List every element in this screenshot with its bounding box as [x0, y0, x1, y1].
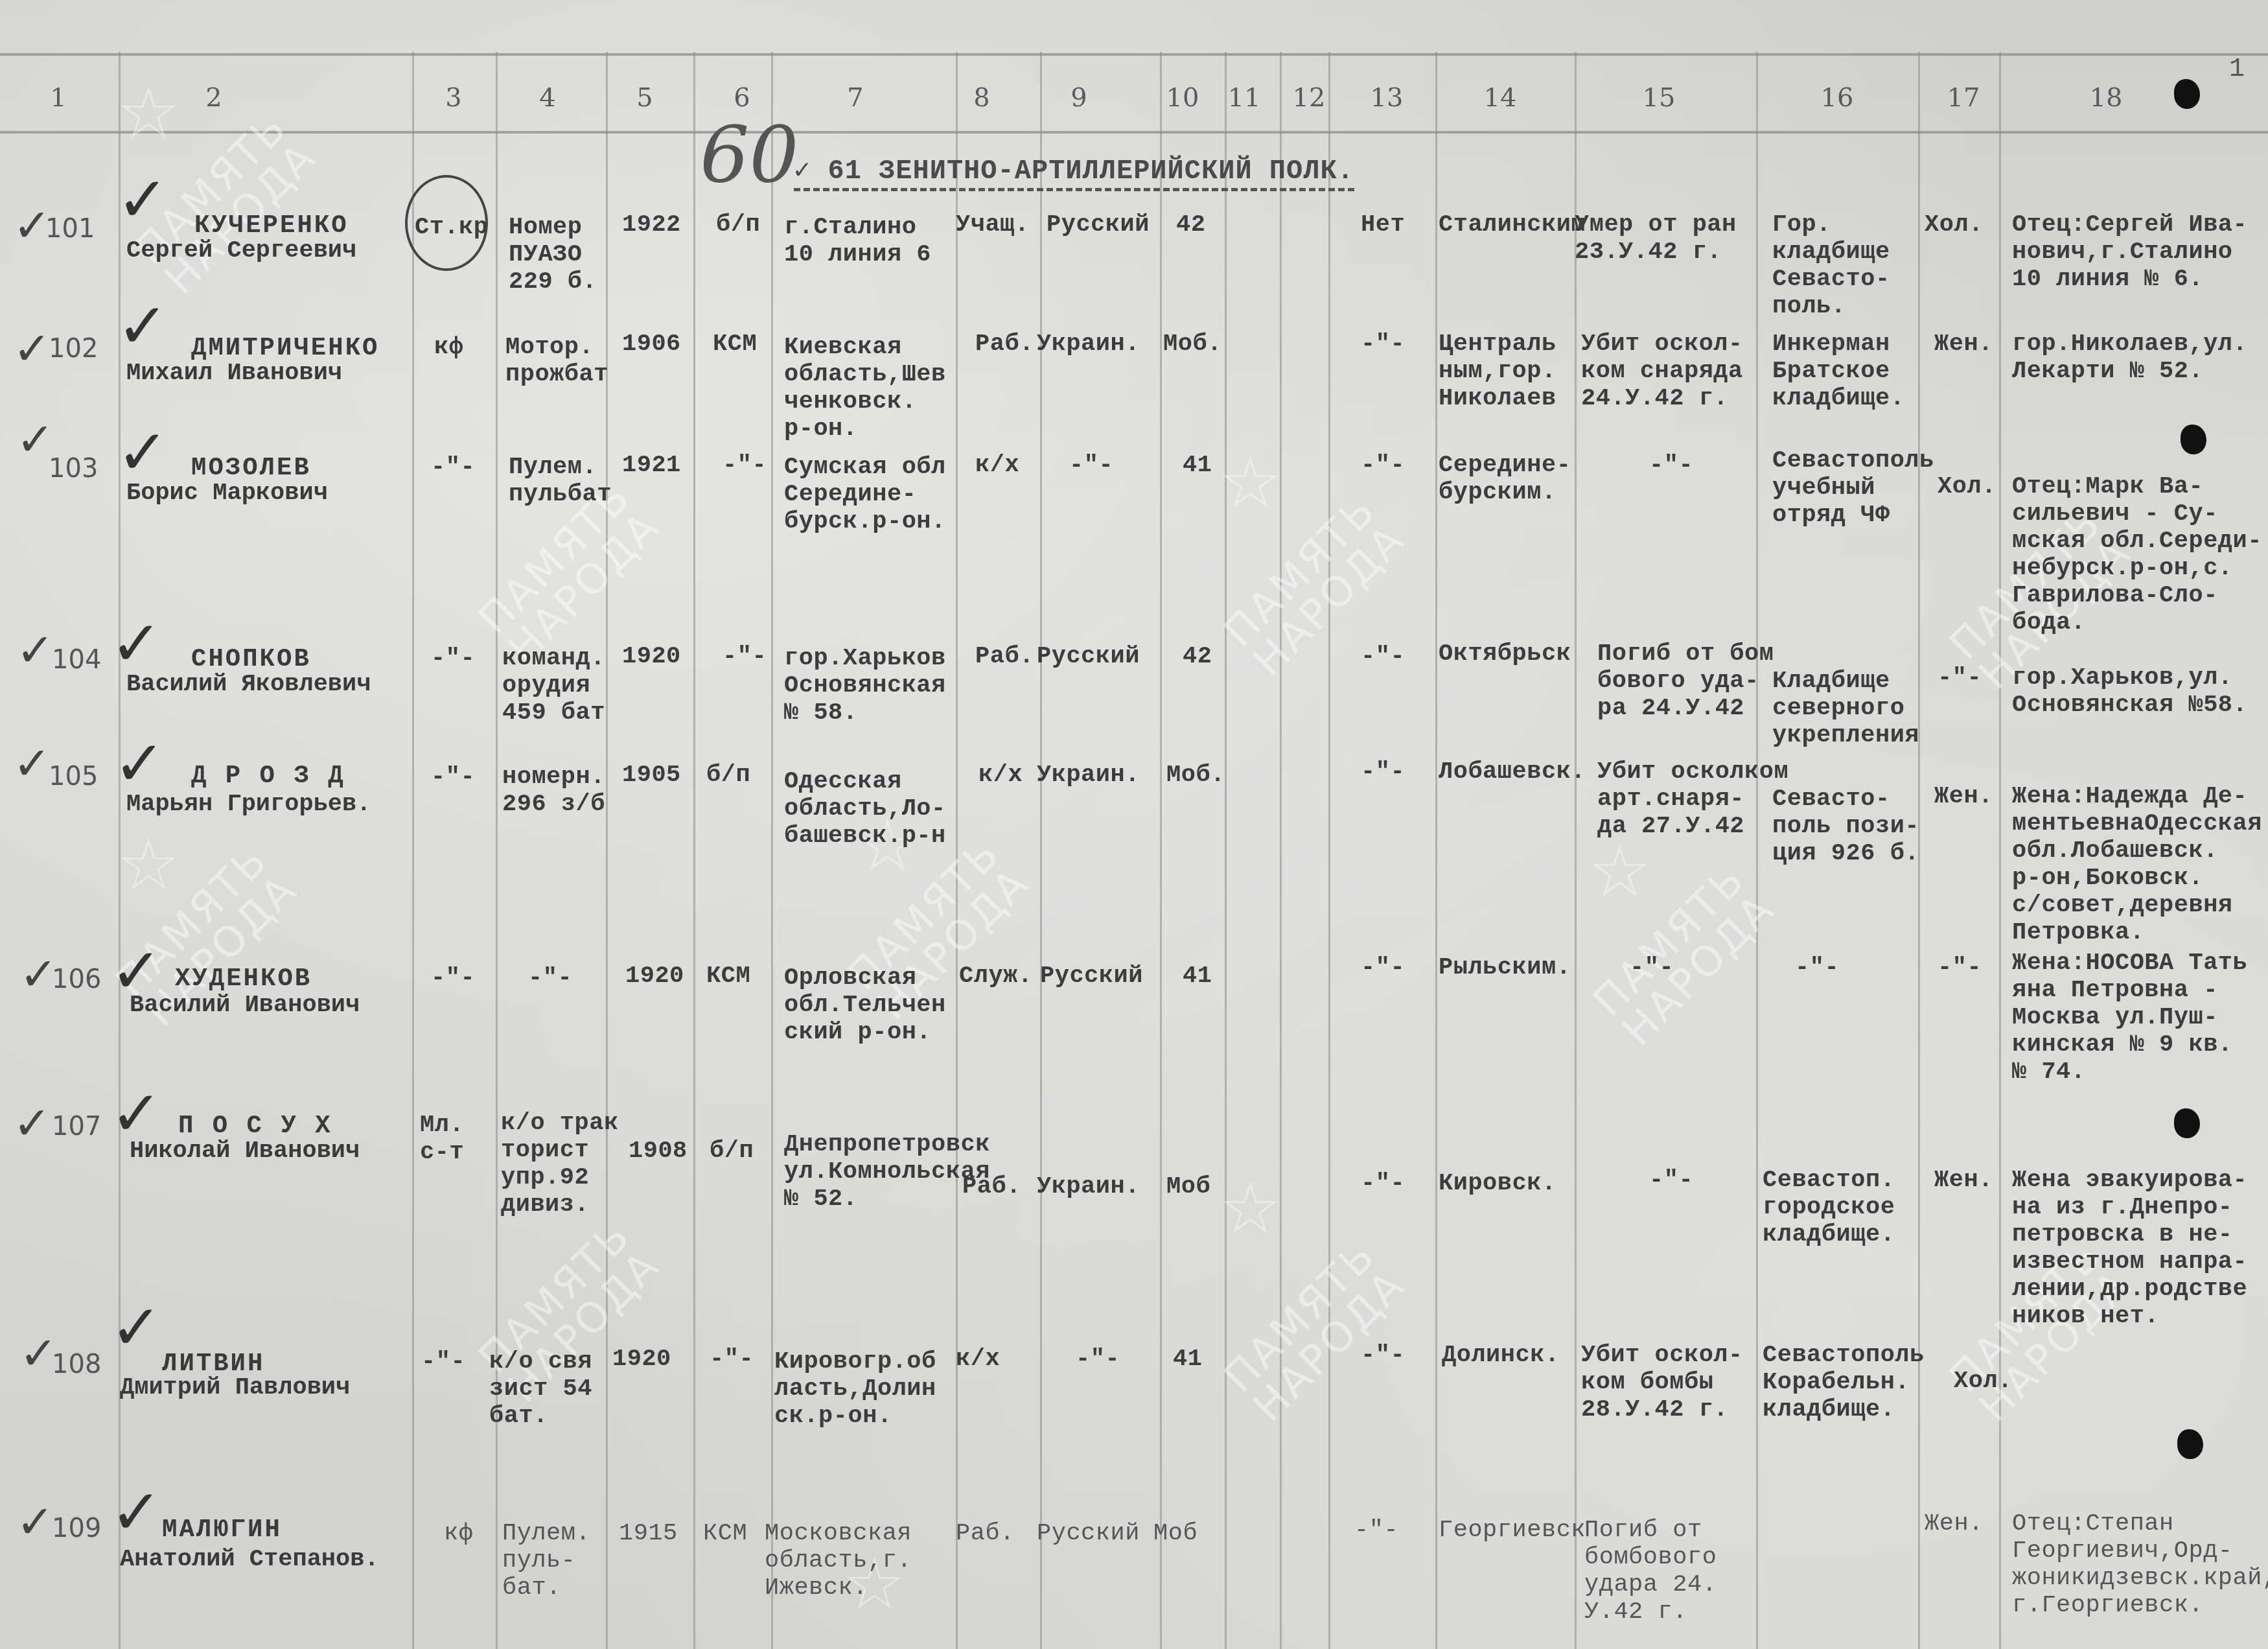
- social-status: Учащ.: [956, 211, 1030, 239]
- call-year: Моб.: [1166, 762, 1225, 789]
- column-number-15: 15: [1639, 83, 1678, 113]
- next-of-kin: Жена:Надежда Де- ментьевнаОдесская обл.Л…: [2012, 783, 2262, 946]
- next-of-kin: Жена эвакуирова- на из г.Днепро- петровс…: [2012, 1167, 2247, 1330]
- given-name: Михаил Иванович: [126, 360, 342, 387]
- given-name: Марьян Григорьев.: [126, 791, 371, 818]
- col13: -"-: [1361, 452, 1405, 479]
- column-number-4: 4: [528, 83, 567, 113]
- checkmark-icon: ✓: [16, 619, 54, 681]
- marital-status: Хол.: [1954, 1368, 2013, 1395]
- row-number: 102: [49, 334, 98, 364]
- marital-status: Жен.: [1925, 1510, 1984, 1538]
- burial-place: Севастополь учебный отряд ЧФ: [1772, 447, 1934, 529]
- given-name: Анатолий Степанов.: [120, 1546, 379, 1573]
- burial-place: -"-: [1795, 954, 1839, 981]
- star-watermark-icon: ☆: [117, 71, 181, 154]
- checkmark-icon: ✓: [117, 295, 168, 357]
- col13: -"-: [1361, 643, 1405, 670]
- column-divider: [606, 52, 608, 1649]
- nationality: Русский: [1040, 963, 1143, 990]
- next-of-kin: Отец:Сергей Ива- нович,г.Сталино 10 лини…: [2012, 211, 2247, 293]
- next-of-kin: гор.Харьков,ул. Основянская №58.: [2012, 664, 2247, 719]
- social-status: к/х: [956, 1346, 1000, 1373]
- burial-place: Инкерман Братское кладбище.: [1772, 331, 1904, 412]
- drafted-by: Долинск.: [1442, 1342, 1560, 1369]
- call-year: 41: [1183, 452, 1212, 479]
- checkmark-icon: ✓: [113, 732, 165, 795]
- punch-hole: [2181, 425, 2206, 454]
- cause-date-of-death: Умер от ран 23.У.42 г.: [1575, 211, 1737, 266]
- nationality: Украин.: [1037, 762, 1140, 789]
- party: -"-: [723, 643, 767, 670]
- cause-date-of-death: -"-: [1649, 452, 1693, 479]
- col13: -"-: [1361, 758, 1405, 786]
- drafted-by: Лобашевск.: [1439, 758, 1586, 786]
- next-of-kin: Отец:Марк Ва- сильевич - Су- мская обл.С…: [2012, 473, 2262, 637]
- checkmark-icon: ✓: [110, 613, 162, 675]
- row-number: 109: [52, 1514, 101, 1543]
- surname: СНОПКОВ: [191, 645, 311, 673]
- rank: кф: [444, 1520, 473, 1547]
- header-rule: [0, 131, 2268, 134]
- burial-place: Севастоп. городское кладбище.: [1763, 1167, 1895, 1248]
- column-divider: [1225, 52, 1227, 1649]
- birth-year: 1922: [622, 211, 681, 239]
- birthplace: Московская область,г. Ижевск.: [765, 1520, 912, 1602]
- social-status: Раб.: [975, 643, 1034, 670]
- surname: П О С У Х: [178, 1112, 332, 1140]
- burial-place: Кладбище северного укрепления: [1772, 668, 1919, 749]
- row-number: 106: [52, 965, 101, 994]
- marital-status: Хол.: [1938, 473, 1996, 500]
- handwritten-page-number: 60: [700, 110, 799, 200]
- nationality: -"-: [1076, 1346, 1120, 1373]
- social-status: Раб.: [956, 1520, 1015, 1547]
- column-divider: [693, 52, 695, 1649]
- birthplace: гор.Харьков Основянская № 58.: [784, 645, 946, 727]
- given-name: Василий Яковлевич: [126, 671, 371, 698]
- given-name: Дмитрий Павлович: [120, 1374, 350, 1401]
- cause-date-of-death: -"-: [1649, 1167, 1693, 1194]
- rank: -"-: [431, 965, 475, 992]
- burial-place: Севастополь Корабельн. кладбище.: [1763, 1342, 1925, 1423]
- column-number-17: 17: [1944, 83, 1983, 113]
- star-watermark-icon: ☆: [1218, 1167, 1282, 1250]
- cause-date-of-death: Убит оскол- ком снаряда 24.У.42 г.: [1581, 331, 1743, 412]
- rank: Мл. с-т: [420, 1112, 464, 1166]
- top-rule: [0, 53, 2268, 56]
- next-of-kin: Жена:НОСОВА Тать яна Петровна - Москва у…: [2012, 950, 2247, 1086]
- row-number: 101: [45, 214, 95, 244]
- position: Пулем. пуль- бат.: [502, 1520, 590, 1602]
- column-divider: [1575, 52, 1577, 1649]
- row-number: 108: [52, 1350, 101, 1379]
- punch-hole: [2174, 1108, 2200, 1138]
- position: команд. орудия 459 бат: [502, 645, 605, 727]
- social-status: Служ.: [959, 963, 1033, 990]
- rank: -"-: [431, 764, 475, 791]
- cause-date-of-death: Погиб от бомбового удара 24. У.42 г.: [1584, 1517, 1717, 1626]
- social-status: Раб.: [962, 1173, 1021, 1200]
- checkmark-icon: ✓: [110, 1481, 162, 1543]
- nationality: Русский: [1037, 643, 1140, 670]
- given-name: Василий Иванович: [130, 992, 360, 1019]
- cause-date-of-death: -"-: [1630, 954, 1674, 981]
- surname: ХУДЕНКОВ: [175, 965, 312, 993]
- checkmark-icon: ✓: [13, 1092, 51, 1154]
- nationality: Украин.: [1037, 1173, 1140, 1200]
- column-divider: [1160, 52, 1162, 1649]
- birth-year: 1920: [612, 1346, 671, 1373]
- drafted-by: Середине- бурским.: [1439, 452, 1571, 506]
- party: б/п: [706, 762, 750, 789]
- rank: -"-: [431, 645, 475, 672]
- drafted-by: Кировск.: [1439, 1170, 1556, 1197]
- birth-year: 1906: [622, 331, 681, 358]
- birth-year: 1905: [622, 762, 681, 789]
- position: Пулем. пульбат: [509, 454, 612, 508]
- drafted-by: Октябрьск: [1439, 640, 1571, 668]
- surname: МОЗОЛЕВ: [191, 454, 311, 482]
- party: -"-: [723, 452, 767, 479]
- position: к/о трак торист упр.92 дивиз.: [501, 1110, 619, 1219]
- given-name: Николай Иванович: [130, 1138, 360, 1165]
- punch-hole: [2177, 1429, 2203, 1459]
- next-of-kin: гор.Николаев,ул. Лекарти № 52.: [2012, 331, 2247, 385]
- birth-year: 1920: [622, 643, 681, 670]
- marital-status: Жен.: [1934, 1167, 1993, 1194]
- party: КСМ: [713, 331, 757, 358]
- column-number-11: 11: [1225, 83, 1264, 113]
- burial-place: Гор. кладбище Севасто- поль.: [1772, 211, 1890, 320]
- drafted-by: Рыльским.: [1439, 954, 1571, 981]
- column-number-12: 12: [1290, 83, 1328, 113]
- column-number-6: 6: [723, 83, 761, 113]
- checkmark-icon: ✓: [13, 732, 51, 795]
- rank: -"-: [431, 454, 475, 481]
- surname: Д Р О З Д: [191, 762, 345, 790]
- position: номерн. 296 з/б: [502, 764, 605, 818]
- punch-hole: [2174, 79, 2200, 109]
- drafted-by: Сталинским: [1439, 211, 1586, 239]
- party: -"-: [710, 1346, 754, 1373]
- row-number: 104: [52, 645, 101, 675]
- star-watermark-icon: ☆: [1218, 441, 1282, 524]
- corner-mark: 1: [2229, 55, 2245, 84]
- party: КСМ: [703, 1520, 747, 1547]
- checkmark-icon: ✓: [16, 1491, 54, 1553]
- marital-status: Жен.: [1934, 783, 1993, 810]
- column-number-14: 14: [1481, 83, 1520, 113]
- surname: МАЛЮГИН: [162, 1515, 282, 1544]
- given-name: Борис Маркович: [126, 480, 328, 507]
- position: -"-: [528, 965, 572, 992]
- birth-year: 1920: [625, 963, 684, 990]
- marital-status: -"-: [1938, 664, 1982, 692]
- call-year: Моб: [1153, 1520, 1198, 1547]
- checkmark-icon: ✓: [13, 318, 51, 380]
- nationality: -"-: [1069, 452, 1113, 479]
- drafted-by: Георгиевск: [1439, 1517, 1586, 1544]
- birthplace: Днепропетровск ул.Комнольская № 52.: [784, 1131, 990, 1213]
- col13: -"-: [1354, 1517, 1398, 1544]
- social-status: к/х: [978, 762, 1023, 789]
- column-number-9: 9: [1059, 83, 1098, 113]
- rank: кф: [434, 334, 463, 361]
- party: КСМ: [706, 963, 750, 990]
- social-status: Раб.: [975, 331, 1034, 358]
- cause-date-of-death: Убит оскол- ком бомбы 28.У.42 г.: [1581, 1342, 1743, 1423]
- checkmark-icon: ✓: [110, 1296, 162, 1359]
- col13: -"-: [1361, 954, 1405, 981]
- column-number-3: 3: [434, 83, 473, 113]
- row-number: 107: [52, 1112, 101, 1141]
- column-divider: [1756, 52, 1758, 1649]
- marital-status: -"-: [1938, 954, 1982, 981]
- position: Мотор. прожбат: [505, 334, 608, 388]
- col13: -"-: [1361, 331, 1405, 358]
- birthplace: Сумская обл Середине- бурск.р-он.: [784, 454, 946, 535]
- column-number-5: 5: [625, 83, 664, 113]
- call-year: 41: [1173, 1346, 1202, 1373]
- call-year: Моб: [1166, 1173, 1210, 1200]
- row-number: 103: [49, 454, 98, 484]
- column-divider: [1435, 52, 1437, 1649]
- nationality: Русский: [1047, 211, 1150, 239]
- watermark: ПАМЯТЬ НАРОДА: [1217, 1234, 1413, 1429]
- rank: Ст.кр: [415, 214, 489, 241]
- call-year: 42: [1183, 643, 1212, 670]
- column-divider: [412, 52, 414, 1649]
- nationality: Русский: [1037, 1520, 1140, 1547]
- column-divider: [1328, 52, 1330, 1649]
- birth-year: 1921: [622, 452, 681, 479]
- next-of-kin: Отец:Степан Георгиевич,Орд- жоникидзевск…: [2012, 1510, 2268, 1619]
- birth-year: 1908: [629, 1138, 688, 1165]
- birthplace: Одесская область,Ло- башевск.р-н: [784, 768, 946, 850]
- col13: -"-: [1361, 1170, 1405, 1197]
- position: Номер ПУАЗО 229 б.: [509, 214, 597, 296]
- cause-date-of-death: Убит осколком арт.снаря- да 27.У.42: [1597, 758, 1788, 840]
- column-number-8: 8: [962, 83, 1001, 113]
- checkmark-icon: ✓: [117, 421, 168, 484]
- unit-title: ✓ 61 ЗЕНИТНО-АРТИЛЛЕРИЙСКИЙ ПОЛК.: [794, 153, 1354, 191]
- party: б/п: [710, 1138, 754, 1165]
- column-number-18: 18: [2087, 83, 2125, 113]
- position: к/о свя зист 54 бат.: [489, 1348, 592, 1430]
- burial-place: Севасто- поль пози- ция 926 б.: [1772, 786, 1919, 867]
- cause-date-of-death: Погиб от бом бового уда- ра 24.У.42: [1597, 640, 1774, 722]
- star-watermark-icon: ☆: [1588, 830, 1652, 913]
- marital-status: Хол.: [1925, 211, 1984, 239]
- col13: Нет: [1361, 211, 1405, 239]
- checkmark-icon: ✓: [117, 169, 168, 231]
- social-status: к/х: [975, 452, 1019, 479]
- col13: -"-: [1361, 1342, 1405, 1369]
- nationality: Украин.: [1037, 331, 1140, 358]
- scanned-register-page: 1 2 3 4 5 6 7 8 9 10 11 12 13 14 15 16 1…: [0, 0, 2268, 1649]
- row-number: 105: [49, 762, 98, 791]
- party: б/п: [716, 211, 760, 239]
- call-year: 42: [1176, 211, 1205, 239]
- star-watermark-icon: ☆: [117, 823, 181, 906]
- checkmark-icon: ✓: [110, 1082, 162, 1145]
- birthplace: Кировогр.об ласть,Долин ск.р-он.: [774, 1348, 936, 1430]
- column-number-13: 13: [1367, 83, 1406, 113]
- column-number-1: 1: [39, 83, 78, 113]
- birthplace: Киевская область,Шев ченковск. р-он.: [784, 334, 946, 443]
- column-divider: [1040, 52, 1042, 1649]
- column-number-2: 2: [194, 83, 233, 113]
- column-divider: [771, 52, 773, 1649]
- drafted-by: Централь ным,гор. Николаев: [1439, 331, 1556, 412]
- given-name: Сергей Сергеевич: [126, 237, 356, 264]
- call-year: Моб.: [1163, 331, 1222, 358]
- marital-status: Жен.: [1934, 331, 1993, 358]
- rank: -"-: [421, 1348, 465, 1375]
- column-number-16: 16: [1818, 83, 1857, 113]
- surname: ДМИТРИЧЕНКО: [191, 334, 379, 362]
- surname: КУЧЕРЕНКО: [194, 211, 349, 240]
- birthplace: Орловская обл.Тельчен ский р-он.: [784, 965, 946, 1046]
- column-number-10: 10: [1160, 83, 1205, 113]
- birth-year: 1915: [619, 1520, 678, 1547]
- birthplace: г.Сталино 10 линия 6: [784, 214, 931, 268]
- call-year: 41: [1183, 963, 1212, 990]
- column-number-7: 7: [836, 83, 875, 113]
